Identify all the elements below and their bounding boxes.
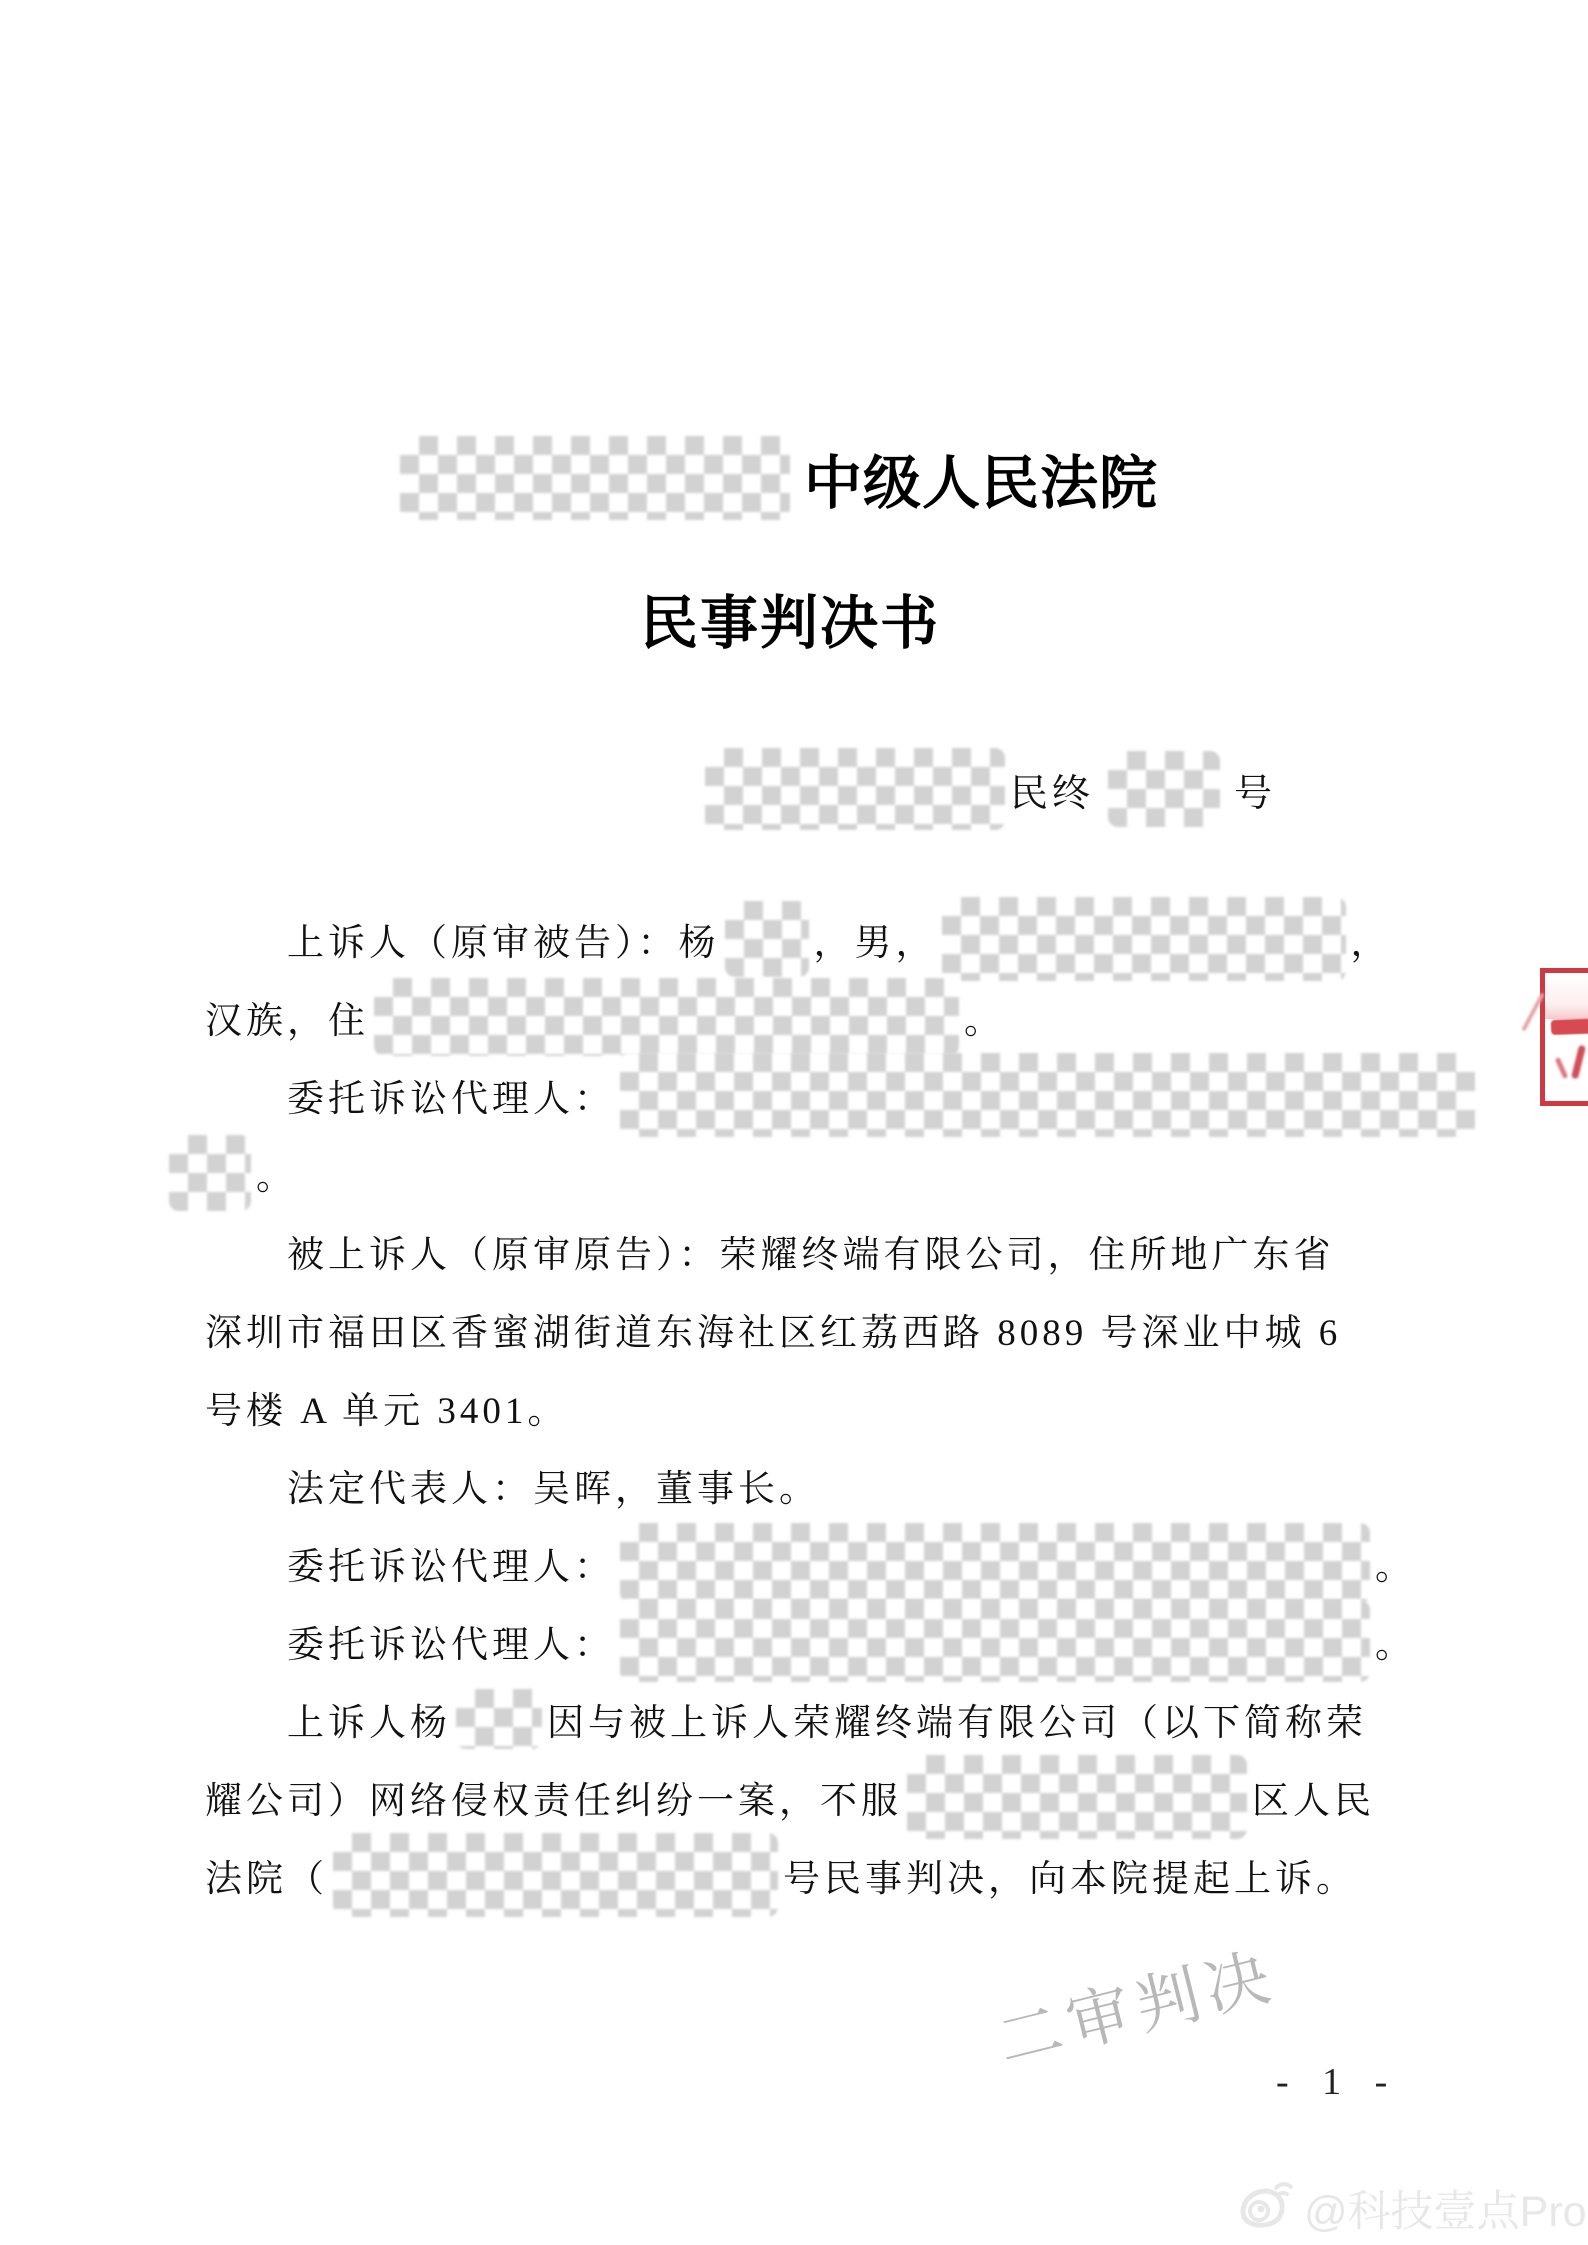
text-run: 。 xyxy=(1375,1614,1416,1668)
case-number-row: 民终 号 xyxy=(700,748,1276,830)
text-run: 上诉人（原审被告）：杨 xyxy=(287,912,720,966)
body-line-address: 深圳市福田区香蜜湖街道东海社区红荔西路 8089 号深业中城 6 xyxy=(205,1290,1390,1368)
text-run: 委托诉讼代理人： xyxy=(287,1614,615,1668)
red-seal-stroke xyxy=(1571,1045,1586,1080)
text-run: ， xyxy=(1351,912,1392,966)
body-line-agent: 委托诉讼代理人： xyxy=(205,1056,1390,1134)
redaction-block xyxy=(456,1689,542,1749)
redaction-block xyxy=(1108,751,1220,827)
red-seal-stroke xyxy=(1555,1057,1569,1079)
body-line-legal-rep: 法定代表人：吴晖，董事长。 xyxy=(205,1446,1390,1524)
redaction-block xyxy=(620,1523,1370,1603)
redaction-block xyxy=(620,1053,1475,1137)
body-line-appellant-2: 汉族，住 。 xyxy=(205,978,1390,1056)
weibo-credit-text: @科技壹点Pro xyxy=(1304,2178,1587,2239)
body-line-case-summary-3: 法院（ 号民事判决，向本院提起上诉。 xyxy=(205,1836,1390,1914)
body-line-address-2: 号楼 A 单元 3401。 xyxy=(205,1368,1390,1446)
text-run: 号民事判决，向本院提起上诉。 xyxy=(783,1848,1357,1902)
court-title-row: 中级人民法院 xyxy=(395,436,1158,520)
text-run: 因与被上诉人荣耀终端有限公司（以下简称荣 xyxy=(547,1692,1367,1746)
redaction-block xyxy=(725,901,809,977)
text-run: 。 xyxy=(1375,1536,1416,1590)
body-line-case-summary-2: 耀公司）网络侵权责任纠纷一案，不服 区人民 xyxy=(205,1758,1390,1836)
judgment-body: 上诉人（原审被告）：杨 ，男， ， 汉族，住 。 委托诉讼代理人： 。 被上诉人… xyxy=(205,900,1390,1914)
redaction-block xyxy=(374,978,959,1056)
redaction-block xyxy=(400,436,790,520)
page-number: - 1 - xyxy=(1276,2060,1399,2104)
second-instance-watermark: 二审判决 xyxy=(987,1925,1285,2083)
text-run: 委托诉讼代理人： xyxy=(287,1536,615,1590)
text-run: 汉族，住 xyxy=(205,990,369,1044)
body-line-agent-4: 委托诉讼代理人： 。 xyxy=(205,1602,1390,1680)
redaction-block xyxy=(169,1135,251,1211)
text-run: 区人民 xyxy=(1252,1770,1375,1824)
text-run: 委托诉讼代理人： xyxy=(287,1068,615,1122)
red-seal-wash xyxy=(1545,973,1588,1019)
weibo-icon xyxy=(1236,2176,1296,2241)
red-seal-stroke xyxy=(1521,993,1544,1032)
redaction-block xyxy=(942,897,1346,981)
redaction-block xyxy=(705,748,1005,830)
body-line-agent-2: 。 xyxy=(205,1134,1390,1212)
body-line-appellant: 上诉人（原审被告）：杨 ，男， ， xyxy=(205,900,1390,978)
body-line-appellee: 被上诉人（原审原告）：荣耀终端有限公司，住所地广东省 xyxy=(205,1212,1390,1290)
text-run: 法院（ xyxy=(205,1848,328,1902)
case-number-mid: 民终 xyxy=(1010,762,1094,817)
text-run: ，男， xyxy=(814,912,937,966)
body-line-case-summary: 上诉人杨 因与被上诉人荣耀终端有限公司（以下简称荣 xyxy=(205,1680,1390,1758)
text-run: 深圳市福田区香蜜湖街道东海社区红荔西路 8089 号深业中城 6 xyxy=(205,1302,1341,1356)
body-line-agent-3: 委托诉讼代理人： 。 xyxy=(205,1524,1390,1602)
text-run: 。 xyxy=(256,1146,297,1200)
case-number-suffix: 号 xyxy=(1234,762,1276,817)
text-run: 。 xyxy=(964,990,1005,1044)
document-type-title: 民事判决书 xyxy=(640,576,940,660)
text-run: 号楼 A 单元 3401。 xyxy=(205,1380,568,1434)
text-run: 上诉人杨 xyxy=(287,1692,451,1746)
weibo-credit: @科技壹点Pro xyxy=(1236,2176,1587,2241)
text-run: 被上诉人（原审原告）：荣耀终端有限公司，住所地广东省 xyxy=(287,1224,1335,1278)
text-run: 耀公司）网络侵权责任纠纷一案，不服 xyxy=(205,1770,902,1824)
redaction-block xyxy=(620,1600,1370,1682)
judgment-page: 中级人民法院 民事判决书 民终 号 上诉人（原审被告）：杨 ，男， ， 汉族，住… xyxy=(0,0,1588,2245)
court-name: 中级人民法院 xyxy=(804,436,1158,520)
redaction-block xyxy=(333,1833,778,1917)
red-seal xyxy=(1540,968,1588,1106)
redaction-block xyxy=(907,1755,1247,1839)
text-run: 法定代表人：吴晖，董事长。 xyxy=(287,1458,820,1512)
